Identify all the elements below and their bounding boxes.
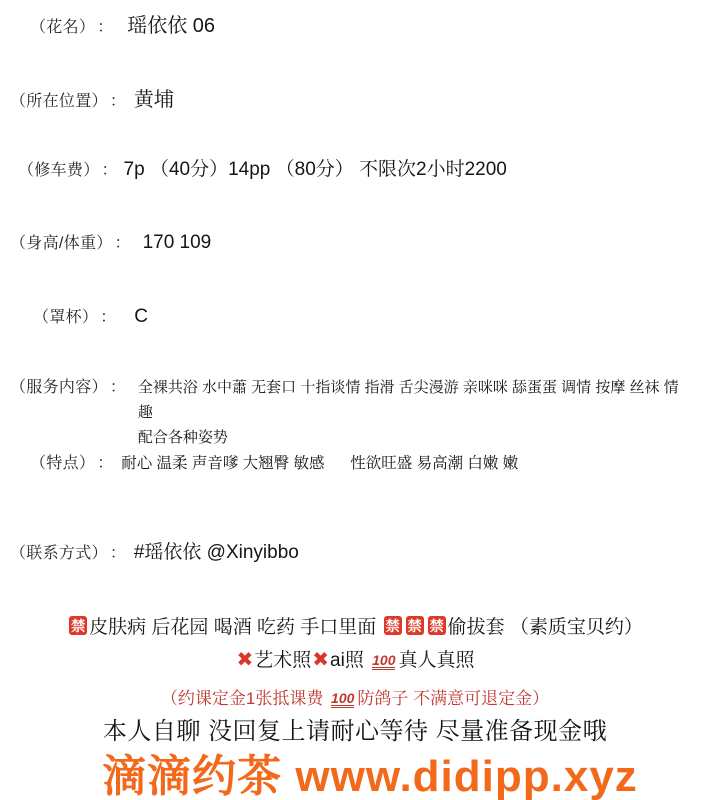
photo-authenticity-line: ✖艺术照✖ai照 100真人真照 [0, 645, 710, 672]
deposit-policy-line: （约课定金1张抵课费 100防鸽子 不满意可退定金） [0, 684, 710, 709]
field-value: C [134, 306, 148, 329]
field-value: 全裸共浴 水中蕭 无套口 十指谈情 指滑 舌尖漫游 亲咪咪 舔蛋蛋 调情 按摩 … [138, 375, 690, 451]
field-colon: ： [110, 374, 126, 397]
cross-mark-icon: ✖ [237, 647, 254, 671]
watermark: 滴滴约茶 www.didipp.xyz [0, 740, 710, 800]
text-segment: 真人真照 [398, 650, 474, 671]
field-row-services: （服务内容）：全裸共浴 水中蕭 无套口 十指谈情 指滑 舌尖漫游 亲咪咪 舔蛋蛋… [10, 374, 690, 451]
hundred-points-icon: 100 [331, 691, 354, 708]
field-colon: ： [97, 14, 113, 37]
field-label: （所在位置） [10, 88, 108, 111]
text-segment: （约课定金1张抵课费 [161, 689, 328, 708]
field-colon: ： [100, 304, 116, 327]
field-label: （联系方式） [10, 540, 108, 563]
field-colon: ： [110, 540, 126, 563]
field-label: （花名） [30, 14, 95, 37]
prohibitions-line: 禁皮肤病 后花园 喝酒 吃药 手口里面 禁禁禁偷拔套 （素质宝贝约） [0, 612, 710, 639]
prohibited-icon: 禁 [69, 616, 87, 635]
field-colon: ： [97, 450, 113, 473]
cross-mark-icon: ✖ [312, 647, 329, 671]
field-row-traits: （特点）：耐心 温柔 声音嗲 大翘臀 敏感 性欲旺盛 易高潮 白嫩 嫩 [30, 450, 518, 474]
field-row-contact: （联系方式）：#瑶依依 @Xinyibbo [10, 540, 299, 565]
prohibited-icon: 禁 [406, 616, 424, 635]
hundred-points-icon: 100 [372, 653, 395, 670]
field-label: （服务内容） [10, 374, 108, 397]
text-segment: ai照 [330, 650, 369, 671]
field-row-location: （所在位置）：黄埔 [10, 88, 174, 112]
text-segment: 防鸽子 不满意可退定金） [357, 689, 549, 708]
field-colon: ： [102, 157, 118, 180]
field-value: 7p （40分）14pp （80分） 不限次2小时2200 [124, 159, 507, 182]
field-value: #瑶依依 @Xinyibbo [134, 542, 299, 565]
field-label: （罩杯） [33, 304, 98, 327]
field-colon: ： [115, 230, 131, 253]
prohibited-icon: 禁 [384, 616, 402, 635]
field-value: 瑶依依 06 [127, 14, 215, 38]
field-row-height-weight: （身高/体重）：170 109 [10, 230, 211, 255]
field-row-flower-name: （花名）：瑶依依 06 [30, 14, 215, 38]
prohibited-icon: 禁 [428, 616, 446, 635]
field-value: 黄埔 [134, 88, 174, 112]
field-label: （修车费） [18, 157, 100, 180]
field-label: （身高/体重） [10, 230, 113, 253]
field-row-cup-size: （罩杯）：C [33, 304, 148, 329]
text-segment: 艺术照 [254, 650, 311, 671]
field-value: 耐心 温柔 声音嗲 大翘臀 敏感 性欲旺盛 易高潮 白嫩 嫩 [121, 455, 518, 474]
field-label: （特点） [30, 450, 95, 473]
field-row-price: （修车费）：7p （40分）14pp （80分） 不限次2小时2200 [18, 157, 507, 182]
flyer-page: （花名）：瑶依依 06 （所在位置）：黄埔 （修车费）：7p （40分）14pp… [0, 0, 710, 800]
field-colon: ： [110, 88, 126, 111]
text-segment: 皮肤病 后花园 喝酒 吃药 手口里面 [89, 617, 381, 638]
text-segment: 偷拔套 （素质宝贝约） [448, 617, 643, 638]
field-value: 170 109 [143, 232, 212, 255]
